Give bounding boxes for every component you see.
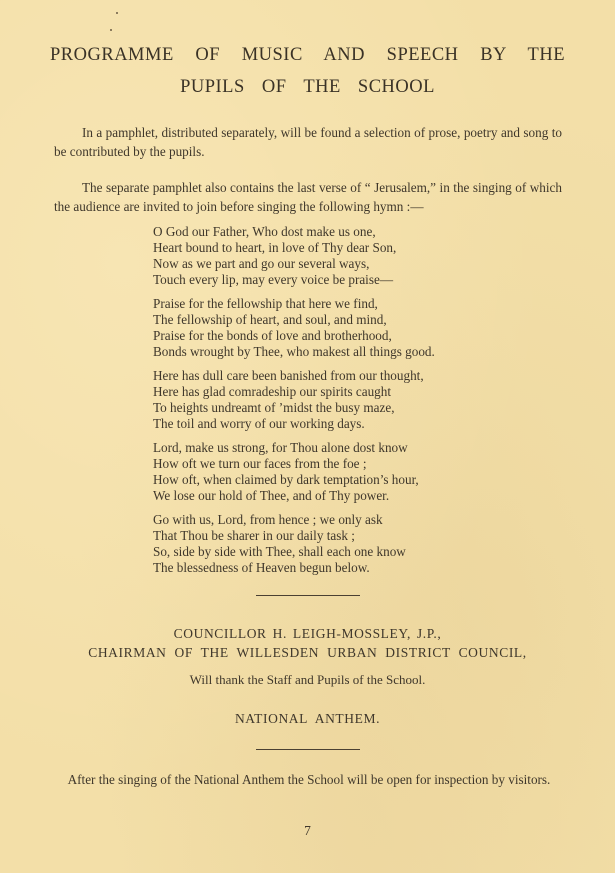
section-divider: [256, 595, 360, 596]
paper-speck: [110, 29, 112, 31]
page-title-line-1: PROGRAMME OF MUSIC AND SPEECH BY THE: [50, 45, 565, 66]
hymn-line: Lord, make us strong, for Thou alone dos…: [153, 440, 419, 456]
page-title-line-2: PUPILS OF THE SCHOOL: [50, 77, 565, 98]
chairman-title: CHAIRMAN OF THE WILLESDEN URBAN DISTRICT…: [0, 645, 615, 661]
hymn-line: That Thou be sharer in our daily task ;: [153, 528, 406, 544]
national-anthem-heading: NATIONAL ANTHEM.: [0, 711, 615, 727]
hymn-line: The toil and worry of our working days.: [153, 416, 424, 432]
hymn-line: We lose our hold of Thee, and of Thy pow…: [153, 488, 419, 504]
document-page: PROGRAMME OF MUSIC AND SPEECH BY THE PUP…: [0, 0, 615, 873]
hymn-verse-1: O God our Father, Who dost make us one, …: [153, 224, 396, 288]
hymn-verse-4: Lord, make us strong, for Thou alone dos…: [153, 440, 419, 504]
jerusalem-paragraph: The separate pamphlet also contains the …: [54, 178, 562, 216]
hymn-line: Praise for the fellowship that here we f…: [153, 296, 435, 312]
hymn-line: How oft we turn our faces from the foe ;: [153, 456, 419, 472]
hymn-line: Here has glad comradeship our spirits ca…: [153, 384, 424, 400]
hymn-line: Touch every lip, may every voice be prai…: [153, 272, 396, 288]
thanks-line: Will thank the Staff and Pupils of the S…: [0, 672, 615, 688]
intro-paragraph: In a pamphlet, distributed separately, w…: [54, 123, 562, 161]
hymn-verse-2: Praise for the fellowship that here we f…: [153, 296, 435, 360]
hymn-line: O God our Father, Who dost make us one,: [153, 224, 396, 240]
hymn-line: The fellowship of heart, and soul, and m…: [153, 312, 435, 328]
page-number: 7: [0, 823, 615, 839]
hymn-verse-5: Go with us, Lord, from hence ; we only a…: [153, 512, 406, 576]
hymn-line: Now as we part and go our several ways,: [153, 256, 396, 272]
hymn-line: How oft, when claimed by dark temptation…: [153, 472, 419, 488]
hymn-line: Heart bound to heart, in love of Thy dea…: [153, 240, 396, 256]
hymn-line: Go with us, Lord, from hence ; we only a…: [153, 512, 406, 528]
intro-paragraph-text: In a pamphlet, distributed separately, w…: [54, 125, 562, 159]
hymn-line: The blessedness of Heaven begun below.: [153, 560, 406, 576]
hymn-line: So, side by side with Thee, shall each o…: [153, 544, 406, 560]
section-divider: [256, 749, 360, 750]
hymn-line: To heights undreamt of ’midst the busy m…: [153, 400, 424, 416]
closing-paragraph: After the singing of the National Anthem…: [56, 771, 562, 789]
hymn-line: Praise for the bonds of love and brother…: [153, 328, 435, 344]
hymn-line: Bonds wrought by Thee, who makest all th…: [153, 344, 435, 360]
hymn-line: Here has dull care been banished from ou…: [153, 368, 424, 384]
paper-speck: [116, 12, 118, 14]
hymn-verse-3: Here has dull care been banished from ou…: [153, 368, 424, 432]
jerusalem-paragraph-text: The separate pamphlet also contains the …: [54, 180, 562, 214]
councillor-name: COUNCILLOR H. LEIGH-MOSSLEY, J.P.,: [0, 626, 615, 642]
